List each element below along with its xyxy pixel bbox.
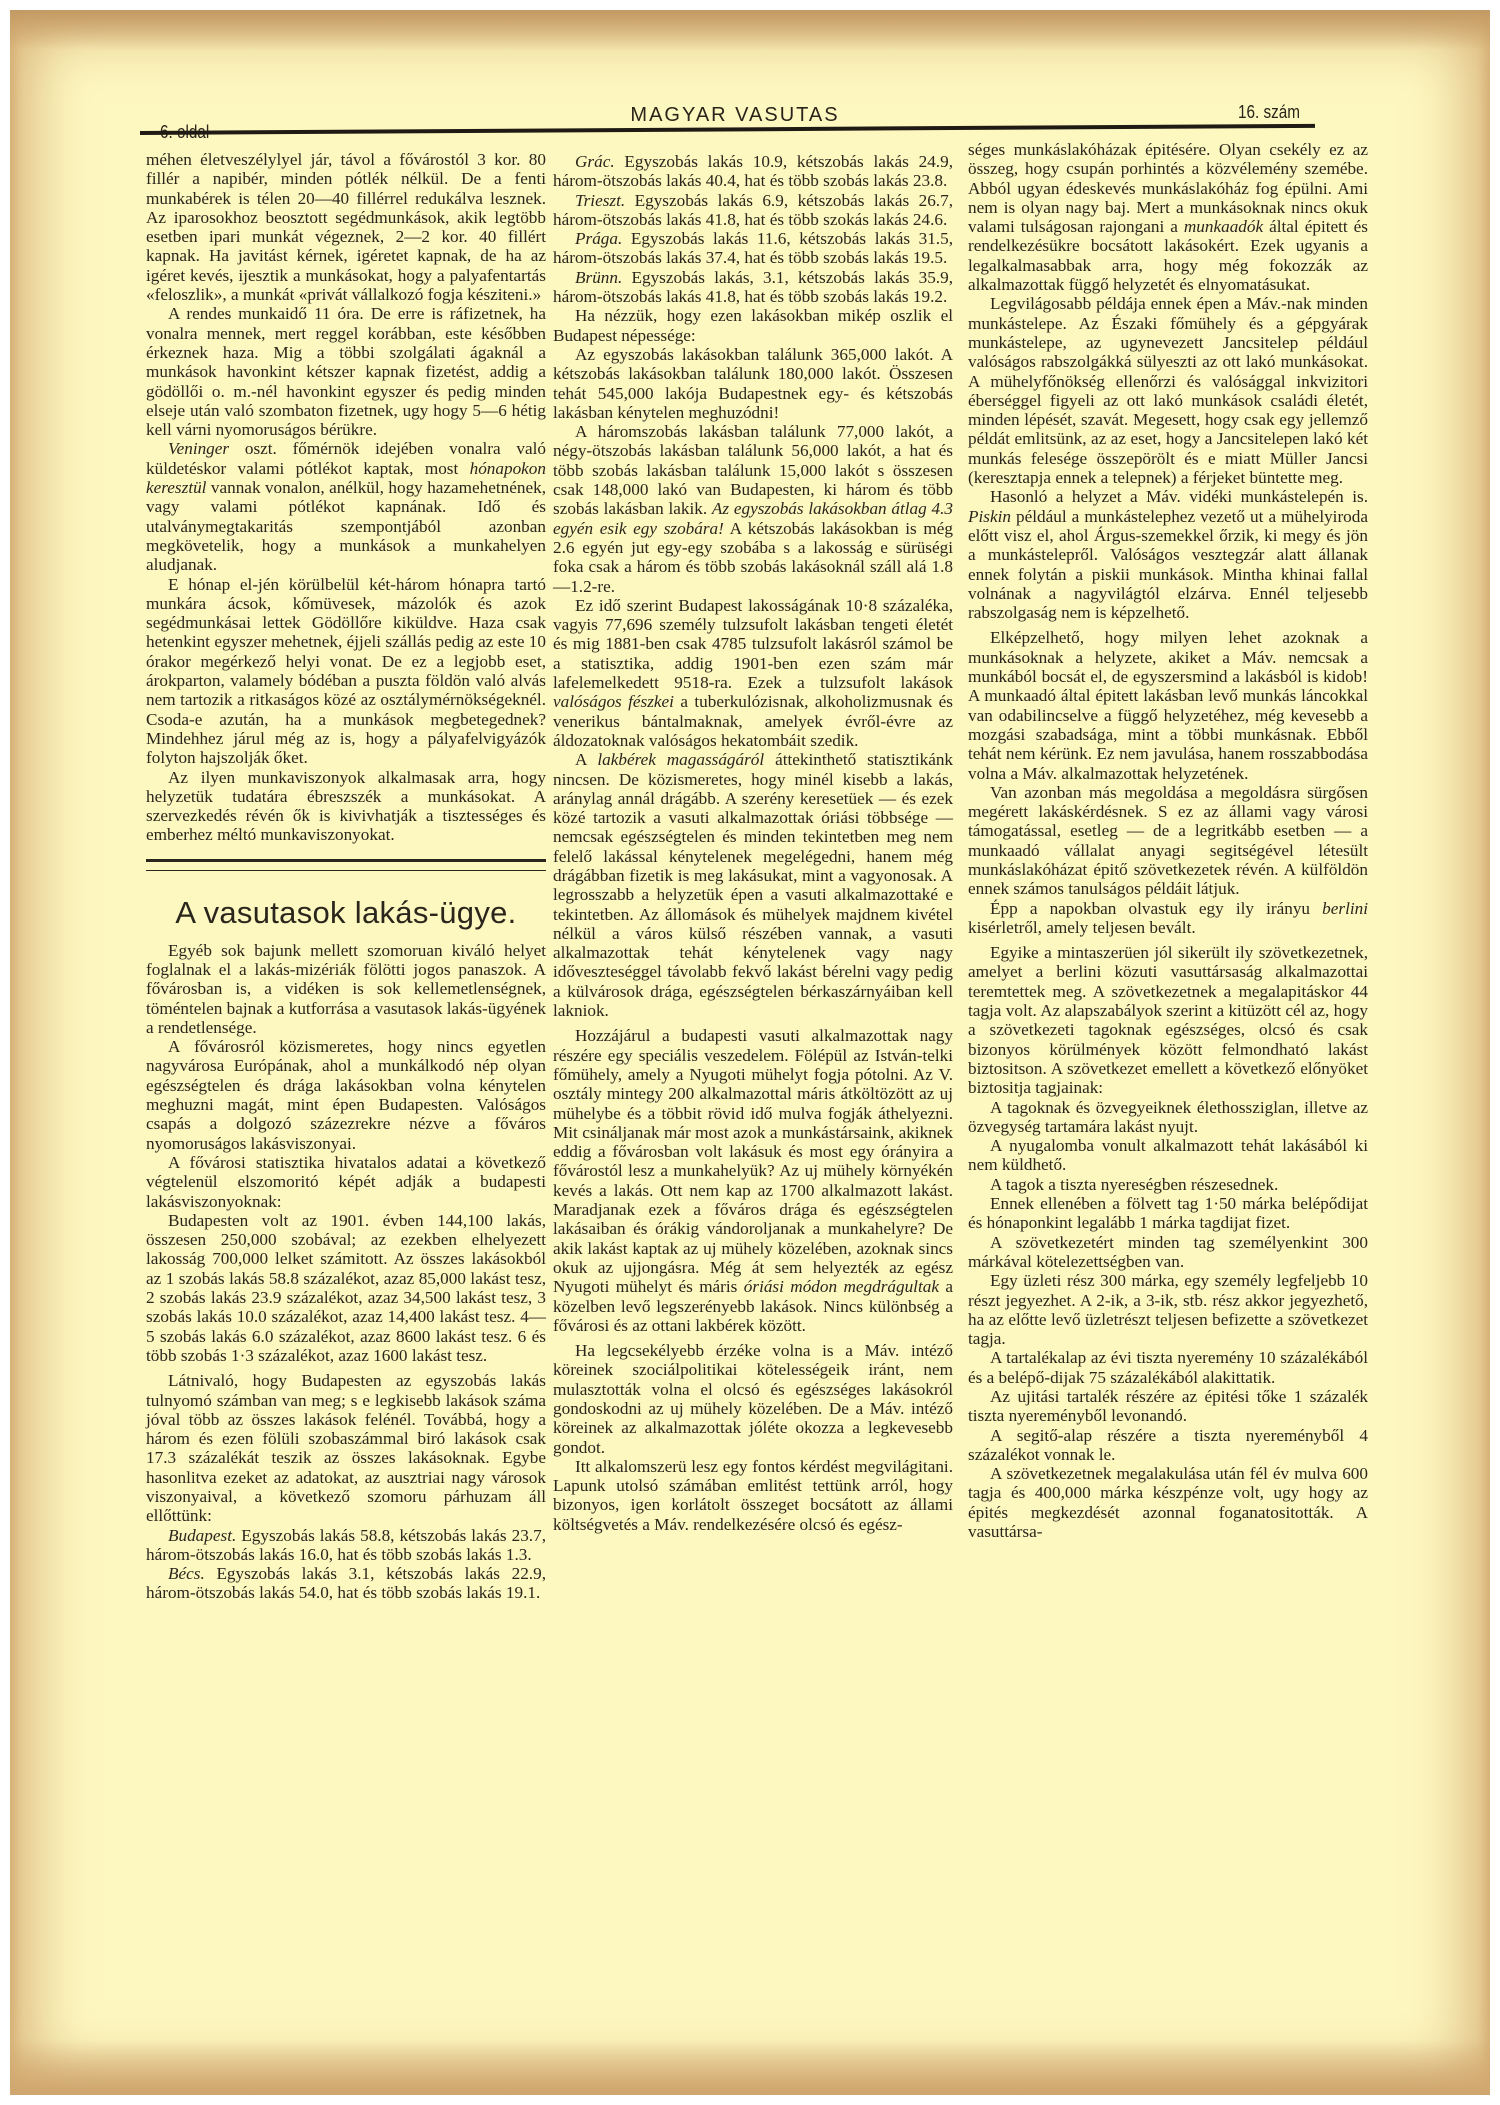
- paragraph: A háromszobás lakásban találunk 77,000 l…: [553, 422, 953, 596]
- column-3: séges munkáslakóházak épitésére. Olyan c…: [968, 140, 1368, 1541]
- text-span: vannak vonalon, anélkül, hogy hazamehetn…: [146, 478, 546, 574]
- paragraph: séges munkáslakóházak épitésére. Olyan c…: [968, 140, 1368, 294]
- italic-emphasis: lakbérek magasságáról: [597, 750, 764, 769]
- issue-number: 16. szám: [1238, 102, 1300, 123]
- city-name: Prága.: [575, 229, 622, 248]
- paragraph: Ennek ellenében a fölvett tag 1·50 márka…: [968, 1194, 1368, 1233]
- paragraph: A szövetkezetnek megalakulása után fél é…: [968, 1464, 1368, 1541]
- paragraph: Elképzelhető, hogy milyen lehet azoknak …: [968, 628, 1368, 782]
- article-title: A vasutasok lakás-ügye.: [146, 893, 546, 933]
- paragraph: méhen életveszélylyel jár, távol a fővár…: [146, 150, 546, 304]
- text-span: kisérletről, amely teljesen bevált.: [968, 918, 1196, 937]
- paragraph: Az ilyen munkaviszonyok alkalmasak arra,…: [146, 768, 546, 845]
- paragraph: A lakbérek magasságáról áttekinthető sta…: [553, 750, 953, 1020]
- paragraph: A tagok a tiszta nyereségben részesednek…: [968, 1175, 1368, 1194]
- paragraph: Egy üzleti rész 300 márka, egy személy l…: [968, 1271, 1368, 1348]
- page-header: 6. oldal MAGYAR VASUTAS 16. szám: [150, 102, 1320, 142]
- text-span: Hasonló a helyzet a Máv. vidéki munkáste…: [990, 487, 1368, 506]
- paragraph: Az ujitási tartalék részére az épitési t…: [968, 1387, 1368, 1426]
- city-stat: Bécs. Egyszobás lakás 3.1, kétszobás lak…: [146, 1564, 546, 1603]
- text-span: Hozzájárul a budapesti vasuti alkalmazot…: [553, 1026, 953, 1296]
- city-name: Brünn.: [575, 268, 622, 287]
- italic-emphasis: berlini: [1322, 899, 1368, 918]
- paragraph: Hasonló a helyzet a Máv. vidéki munkáste…: [968, 487, 1368, 622]
- masthead: MAGYAR VASUTAS: [150, 104, 1320, 127]
- paragraph: Egyéb sok bajunk mellett szomoruan kivál…: [146, 941, 546, 1037]
- paragraph: Egyike a mintaszerüen jól sikerült ily s…: [968, 943, 1368, 1097]
- paragraph: Ha legcsekélyebb érzéke volna is a Máv. …: [553, 1341, 953, 1457]
- italic-name: Veninger: [168, 439, 229, 458]
- paragraph: A segitő-alap részére a tiszta nyeremény…: [968, 1426, 1368, 1465]
- paragraph: Épp a napokban olvastuk egy ily irányu b…: [968, 899, 1368, 938]
- column-2: Grác. Egyszobás lakás 10.9, kétszobás la…: [553, 152, 953, 1534]
- city-name: Trieszt.: [575, 191, 625, 210]
- paragraph: Hozzájárul a budapesti vasuti alkalmazot…: [553, 1026, 953, 1335]
- text-span: Ez idő szerint Budapest lakosságának 10·…: [553, 596, 953, 692]
- paragraph: A szövetkezetért minden tag személyenkin…: [968, 1233, 1368, 1272]
- italic-emphasis: valóságos fészkei: [553, 692, 674, 711]
- city-stat: Trieszt. Egyszobás lakás 6.9, kétszobás …: [553, 191, 953, 230]
- paragraph: Itt alkalomszerü lesz egy fontos kérdést…: [553, 1457, 953, 1534]
- paragraph: E hónap el-jén körülbelül két-három hóna…: [146, 575, 546, 768]
- city-stat: Prága. Egyszobás lakás 11.6, kétszobás l…: [553, 229, 953, 268]
- italic-emphasis: munkaadók: [1184, 217, 1263, 236]
- paragraph: A tartalékalap az évi tiszta nyeremény 1…: [968, 1348, 1368, 1387]
- paragraph: Veninger oszt. főmérnök idejében vonalra…: [146, 439, 546, 574]
- city-stat: Brünn. Egyszobás lakás, 3.1, kétszobás l…: [553, 268, 953, 307]
- section-divider: [146, 859, 546, 871]
- italic-place: Piskin: [968, 507, 1011, 526]
- city-name: Grác.: [575, 152, 615, 171]
- paragraph: Látnivaló, hogy Budapesten az egyszobás …: [146, 1371, 546, 1525]
- paragraph: A fővárosi statisztika hivatalos adatai …: [146, 1153, 546, 1211]
- paragraph: A rendes munkaidő 11 óra. De erre is ráf…: [146, 304, 546, 439]
- text-span: például a munkástelephez vezető ut a müh…: [968, 507, 1368, 622]
- column-1: méhen életveszélylyel jár, távol a fővár…: [146, 150, 546, 1603]
- paragraph: Ez idő szerint Budapest lakosságának 10·…: [553, 596, 953, 750]
- city-stat: Grác. Egyszobás lakás 10.9, kétszobás la…: [553, 152, 953, 191]
- paragraph: Budapesten volt az 1901. évben 144,100 l…: [146, 1211, 546, 1365]
- city-name: Budapest.: [168, 1526, 236, 1545]
- city-stat: Budapest. Egyszobás lakás 58.8, kétszobá…: [146, 1526, 546, 1565]
- paragraph: Legvilágosabb példája ennek épen a Máv.-…: [968, 294, 1368, 487]
- text-span: Épp a napokban olvastuk egy ily irányu: [990, 899, 1322, 918]
- text-span: áttekinthető statisztikánk nincsen. De k…: [553, 750, 953, 1020]
- paragraph: A tagoknak és özvegyeiknek élethosszigla…: [968, 1098, 1368, 1137]
- text-span: Egyszobás lakás 3.1, kétszobás lakás 22.…: [146, 1564, 546, 1602]
- paragraph: Van azonban más megoldása a megoldásra s…: [968, 783, 1368, 899]
- italic-emphasis: óriási módon megdrágultak: [744, 1277, 939, 1296]
- text-span: A: [575, 750, 597, 769]
- city-name: Bécs.: [168, 1564, 205, 1583]
- paragraph: Ha nézzük, hogy ezen lakásokban mikép os…: [553, 306, 953, 345]
- paragraph: A nyugalomba vonult alkalmazott tehát la…: [968, 1136, 1368, 1175]
- paragraph: Az egyszobás lakásokban találunk 365,000…: [553, 345, 953, 422]
- paragraph: A fővárosról közismeretes, hogy nincs eg…: [146, 1037, 546, 1153]
